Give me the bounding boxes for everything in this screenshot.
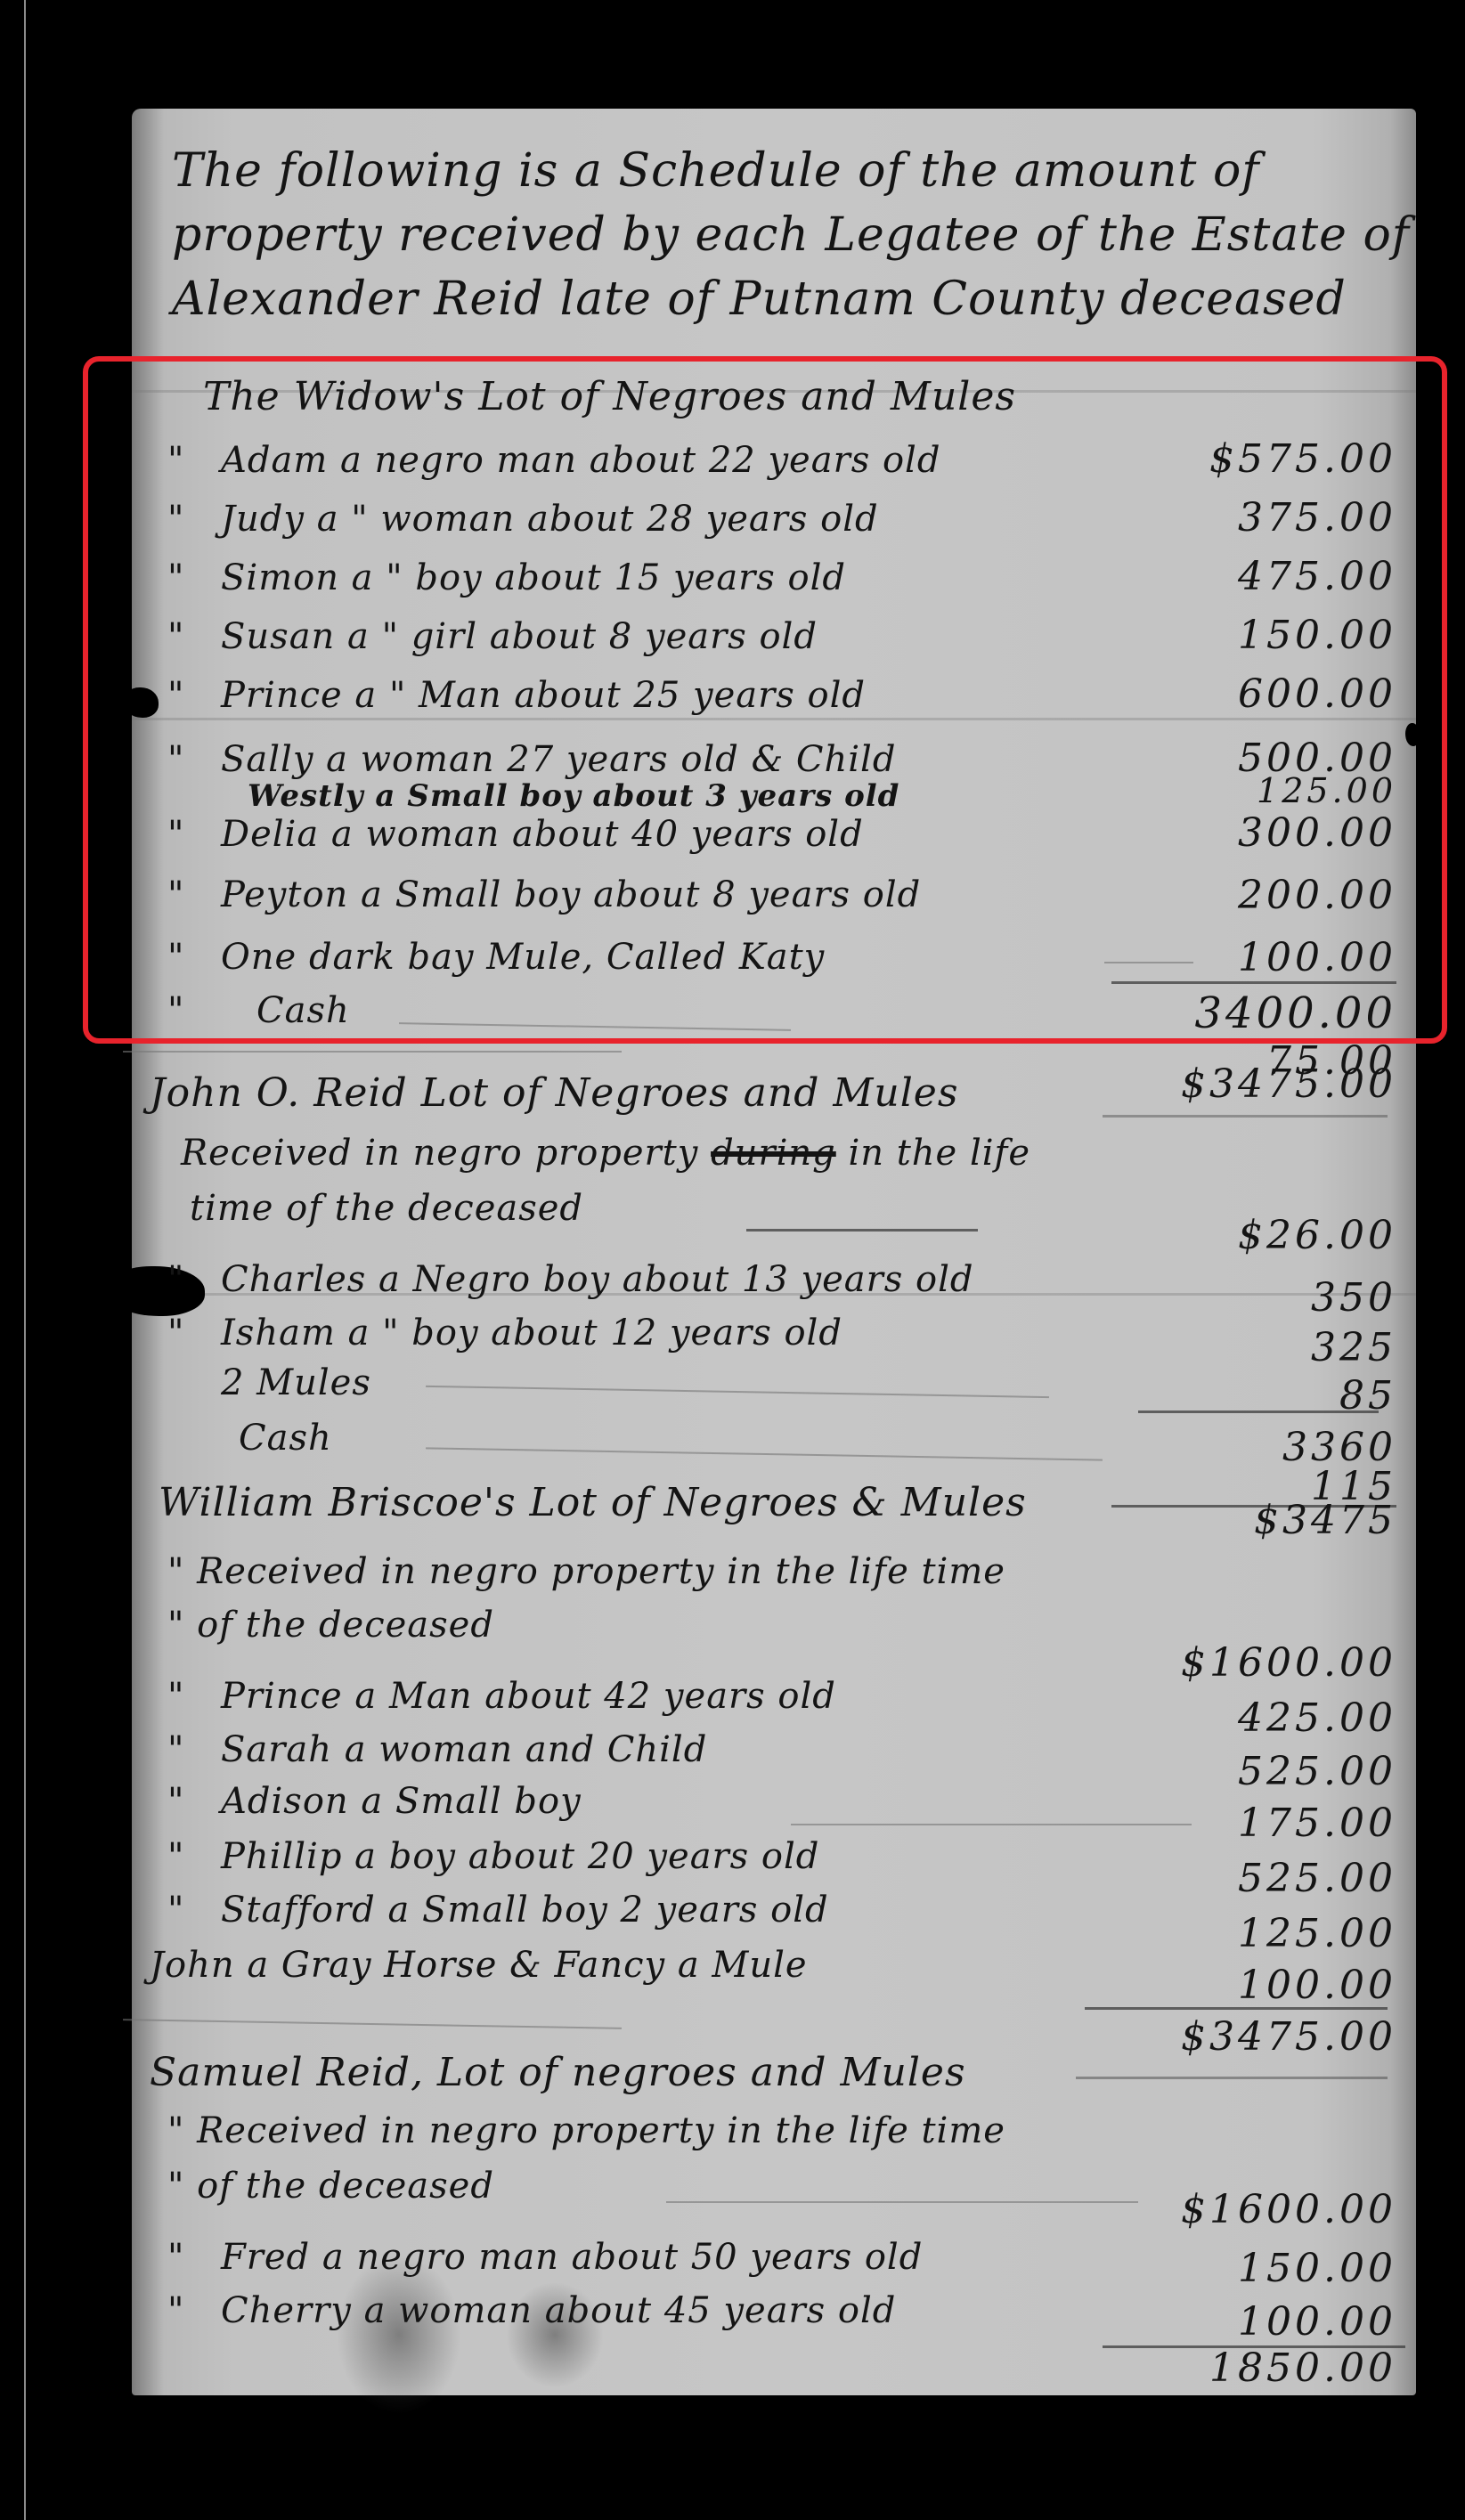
- leader-line: [746, 1229, 978, 1232]
- leader-line: [426, 1447, 1103, 1460]
- ditto-mark: ": [167, 990, 221, 1031]
- entry-row: "Delia a woman about 40 years old: [167, 814, 864, 855]
- section-heading-samuel: Samuel Reid, Lot of negroes and Mules: [150, 2050, 966, 2095]
- microfilm-edge: [24, 0, 26, 2520]
- entry-amount: 100.00: [1238, 2299, 1396, 2345]
- entry-row: "Sally a woman 27 years old & Child: [167, 739, 896, 780]
- entry-amount: 125.00: [1257, 771, 1396, 810]
- note-line: " of the deceased: [167, 1605, 494, 1646]
- ditto-mark: ": [167, 440, 221, 481]
- ditto-mark: ": [167, 874, 221, 915]
- leader-line: [399, 1022, 791, 1031]
- ditto-mark: ": [167, 1836, 221, 1877]
- leader-line: [791, 1824, 1192, 1825]
- entry-amount: 100.00: [1238, 935, 1396, 980]
- entry-text: Adison a Small boy: [221, 1781, 582, 1822]
- leader-line: [666, 2201, 1138, 2203]
- note-amount: $1600.00: [1181, 1640, 1396, 1686]
- entry-amount: 525.00: [1238, 1749, 1396, 1794]
- entry-amount: 300.00: [1238, 810, 1396, 856]
- entry-text: Sally a woman 27 years old & Child: [221, 739, 896, 780]
- double-rule: [1076, 2077, 1388, 2079]
- section-total: $3475.00: [1181, 1061, 1396, 1107]
- ditto-mark: ": [167, 1890, 221, 1931]
- entry-amount: 175.00: [1238, 1801, 1396, 1846]
- entry-row: Cash: [239, 1418, 332, 1459]
- entry-text: Judy a " woman about 28 years old: [221, 499, 879, 540]
- ditto-mark: ": [167, 1259, 221, 1300]
- entry-text: Cash: [256, 990, 350, 1031]
- note-amount: $1600.00: [1181, 2187, 1396, 2232]
- entry-text: Westly a Small boy about 3 years old: [248, 778, 899, 814]
- document-page: The following is a Schedule of the amoun…: [132, 109, 1416, 2395]
- entry-row: "Charles a Negro boy about 13 years old: [167, 1259, 973, 1300]
- sum-rule: [1111, 981, 1396, 984]
- entry-amount: 425.00: [1238, 1695, 1396, 1741]
- entry-row: "Peyton a Small boy about 8 years old: [167, 874, 921, 915]
- note-line: time of the deceased: [190, 1188, 583, 1229]
- entry-row: "Judy a " woman about 28 years old: [167, 499, 879, 540]
- leader-line: [426, 1386, 1049, 1398]
- note-line: " of the deceased: [167, 2166, 494, 2207]
- entry-text: Prince a " Man about 25 years old: [221, 675, 866, 716]
- leader-line: [1104, 962, 1193, 963]
- double-rule: [1103, 1115, 1388, 1118]
- ditto-mark: ": [167, 1313, 221, 1353]
- section-divider: [123, 1051, 622, 1053]
- entry-amount: 125.00: [1238, 1911, 1396, 1956]
- entry-amount: 375.00: [1238, 495, 1396, 541]
- entry-text: Simon a " boy about 15 years old: [221, 557, 846, 598]
- ditto-mark: ": [167, 557, 221, 598]
- entry-row: "Cherry a woman about 45 years old: [167, 2290, 896, 2331]
- entry-amount: 600.00: [1238, 671, 1396, 717]
- note-line: " Received in negro property in the life…: [167, 1551, 1005, 1592]
- ink-stain: [337, 2255, 461, 2415]
- section-total: $3475.00: [1181, 2014, 1396, 2060]
- entry-text: Cherry a woman about 45 years old: [221, 2290, 896, 2331]
- entry-amount: 350: [1311, 1275, 1396, 1321]
- entry-amount: 100.00: [1238, 1963, 1396, 2008]
- entry-row: "Prince a " Man about 25 years old: [167, 675, 866, 716]
- inserted-entry-row: Westly a Small boy about 3 years old: [248, 778, 899, 814]
- section-heading-widow: The Widow's Lot of Negroes and Mules: [203, 374, 1016, 419]
- note-amount: $26.00: [1238, 1213, 1396, 1258]
- entry-amount: 150.00: [1238, 2246, 1396, 2291]
- entry-text: Sarah a woman and Child: [221, 1729, 707, 1770]
- sum-rule: [1138, 1410, 1379, 1413]
- entry-row: John a Gray Horse & Fancy a Mule: [150, 1945, 808, 1986]
- entry-text: Charles a Negro boy about 13 years old: [221, 1259, 973, 1300]
- paper-damage: [1405, 723, 1420, 746]
- section-total: 1850.00: [1209, 2345, 1396, 2391]
- ditto-mark: ": [167, 499, 221, 540]
- entry-text: Adam a negro man about 22 years old: [221, 440, 940, 481]
- ditto-mark: ": [167, 1729, 221, 1770]
- note-line: Received in negro property during in the…: [181, 1133, 1030, 1174]
- ditto-mark: ": [167, 739, 221, 780]
- entry-text: Phillip a boy about 20 years old: [221, 1836, 819, 1877]
- entry-text: Stafford a Small boy 2 years old: [221, 1890, 829, 1931]
- entry-row: 2 Mules: [221, 1362, 371, 1403]
- header-line-1: The following is a Schedule of the amoun…: [172, 144, 1260, 198]
- ditto-mark: ": [167, 937, 221, 978]
- entry-row: "Adison a Small boy: [167, 1781, 582, 1822]
- entry-row: "Stafford a Small boy 2 years old: [167, 1890, 829, 1931]
- entry-row: "Fred a negro man about 50 years old: [167, 2237, 923, 2278]
- ditto-mark: ": [167, 2237, 221, 2278]
- subtotal-amount: 3400.00: [1195, 988, 1397, 1038]
- entry-amount: $575.00: [1209, 436, 1396, 482]
- entry-amount: 325: [1311, 1325, 1396, 1370]
- ditto-mark: ": [167, 1676, 221, 1717]
- entry-text: Cash: [239, 1418, 332, 1459]
- entry-text: Isham a " boy about 12 years old: [221, 1313, 842, 1353]
- entry-row: "Cash: [167, 990, 350, 1031]
- header-line-2: property received by each Legatee of the…: [172, 208, 1410, 262]
- entry-text: Fred a negro man about 50 years old: [221, 2237, 923, 2278]
- entry-row: "Prince a Man about 42 years old: [167, 1676, 836, 1717]
- entry-row: "Simon a " boy about 15 years old: [167, 557, 846, 598]
- entry-text: Peyton a Small boy about 8 years old: [221, 874, 921, 915]
- sum-rule: [1085, 2007, 1388, 2010]
- entry-text: 2 Mules: [221, 1362, 371, 1403]
- struck-word: during: [711, 1133, 836, 1174]
- entry-text: Susan a " girl about 8 years old: [221, 616, 818, 657]
- ditto-mark: ": [167, 1781, 221, 1822]
- paper-damage: [123, 687, 159, 718]
- section-heading-john: John O. Reid Lot of Negroes and Mules: [150, 1070, 958, 1116]
- entry-amount: 200.00: [1238, 873, 1396, 918]
- entry-amount: 150.00: [1238, 613, 1396, 658]
- note-line: " Received in negro property in the life…: [167, 2110, 1005, 2151]
- ditto-mark: ": [167, 814, 221, 855]
- fold-crease: [132, 718, 1416, 720]
- entry-row: "Sarah a woman and Child: [167, 1729, 707, 1770]
- entry-row: "One dark bay Mule, Called Katy: [167, 937, 825, 978]
- entry-amount: 475.00: [1238, 554, 1396, 599]
- header-line-3: Alexander Reid late of Putnam County dec…: [172, 272, 1347, 326]
- ditto-mark: ": [167, 616, 221, 657]
- entry-row: "Isham a " boy about 12 years old: [167, 1313, 842, 1353]
- section-divider: [123, 2019, 622, 2029]
- entry-text: John a Gray Horse & Fancy a Mule: [150, 1945, 808, 1986]
- section-heading-william: William Briscoe's Lot of Negroes & Mules: [159, 1480, 1027, 1525]
- entry-row: "Adam a negro man about 22 years old: [167, 440, 940, 481]
- entry-row: "Susan a " girl about 8 years old: [167, 616, 818, 657]
- entry-text: One dark bay Mule, Called Katy: [221, 937, 825, 978]
- entry-amount: 525.00: [1238, 1856, 1396, 1901]
- entry-text: Delia a woman about 40 years old: [221, 814, 864, 855]
- entry-text: Prince a Man about 42 years old: [221, 1676, 836, 1717]
- ditto-mark: ": [167, 2290, 221, 2331]
- entry-row: "Phillip a boy about 20 years old: [167, 1836, 819, 1877]
- ditto-mark: ": [167, 675, 221, 716]
- section-total: $3475: [1254, 1498, 1396, 1543]
